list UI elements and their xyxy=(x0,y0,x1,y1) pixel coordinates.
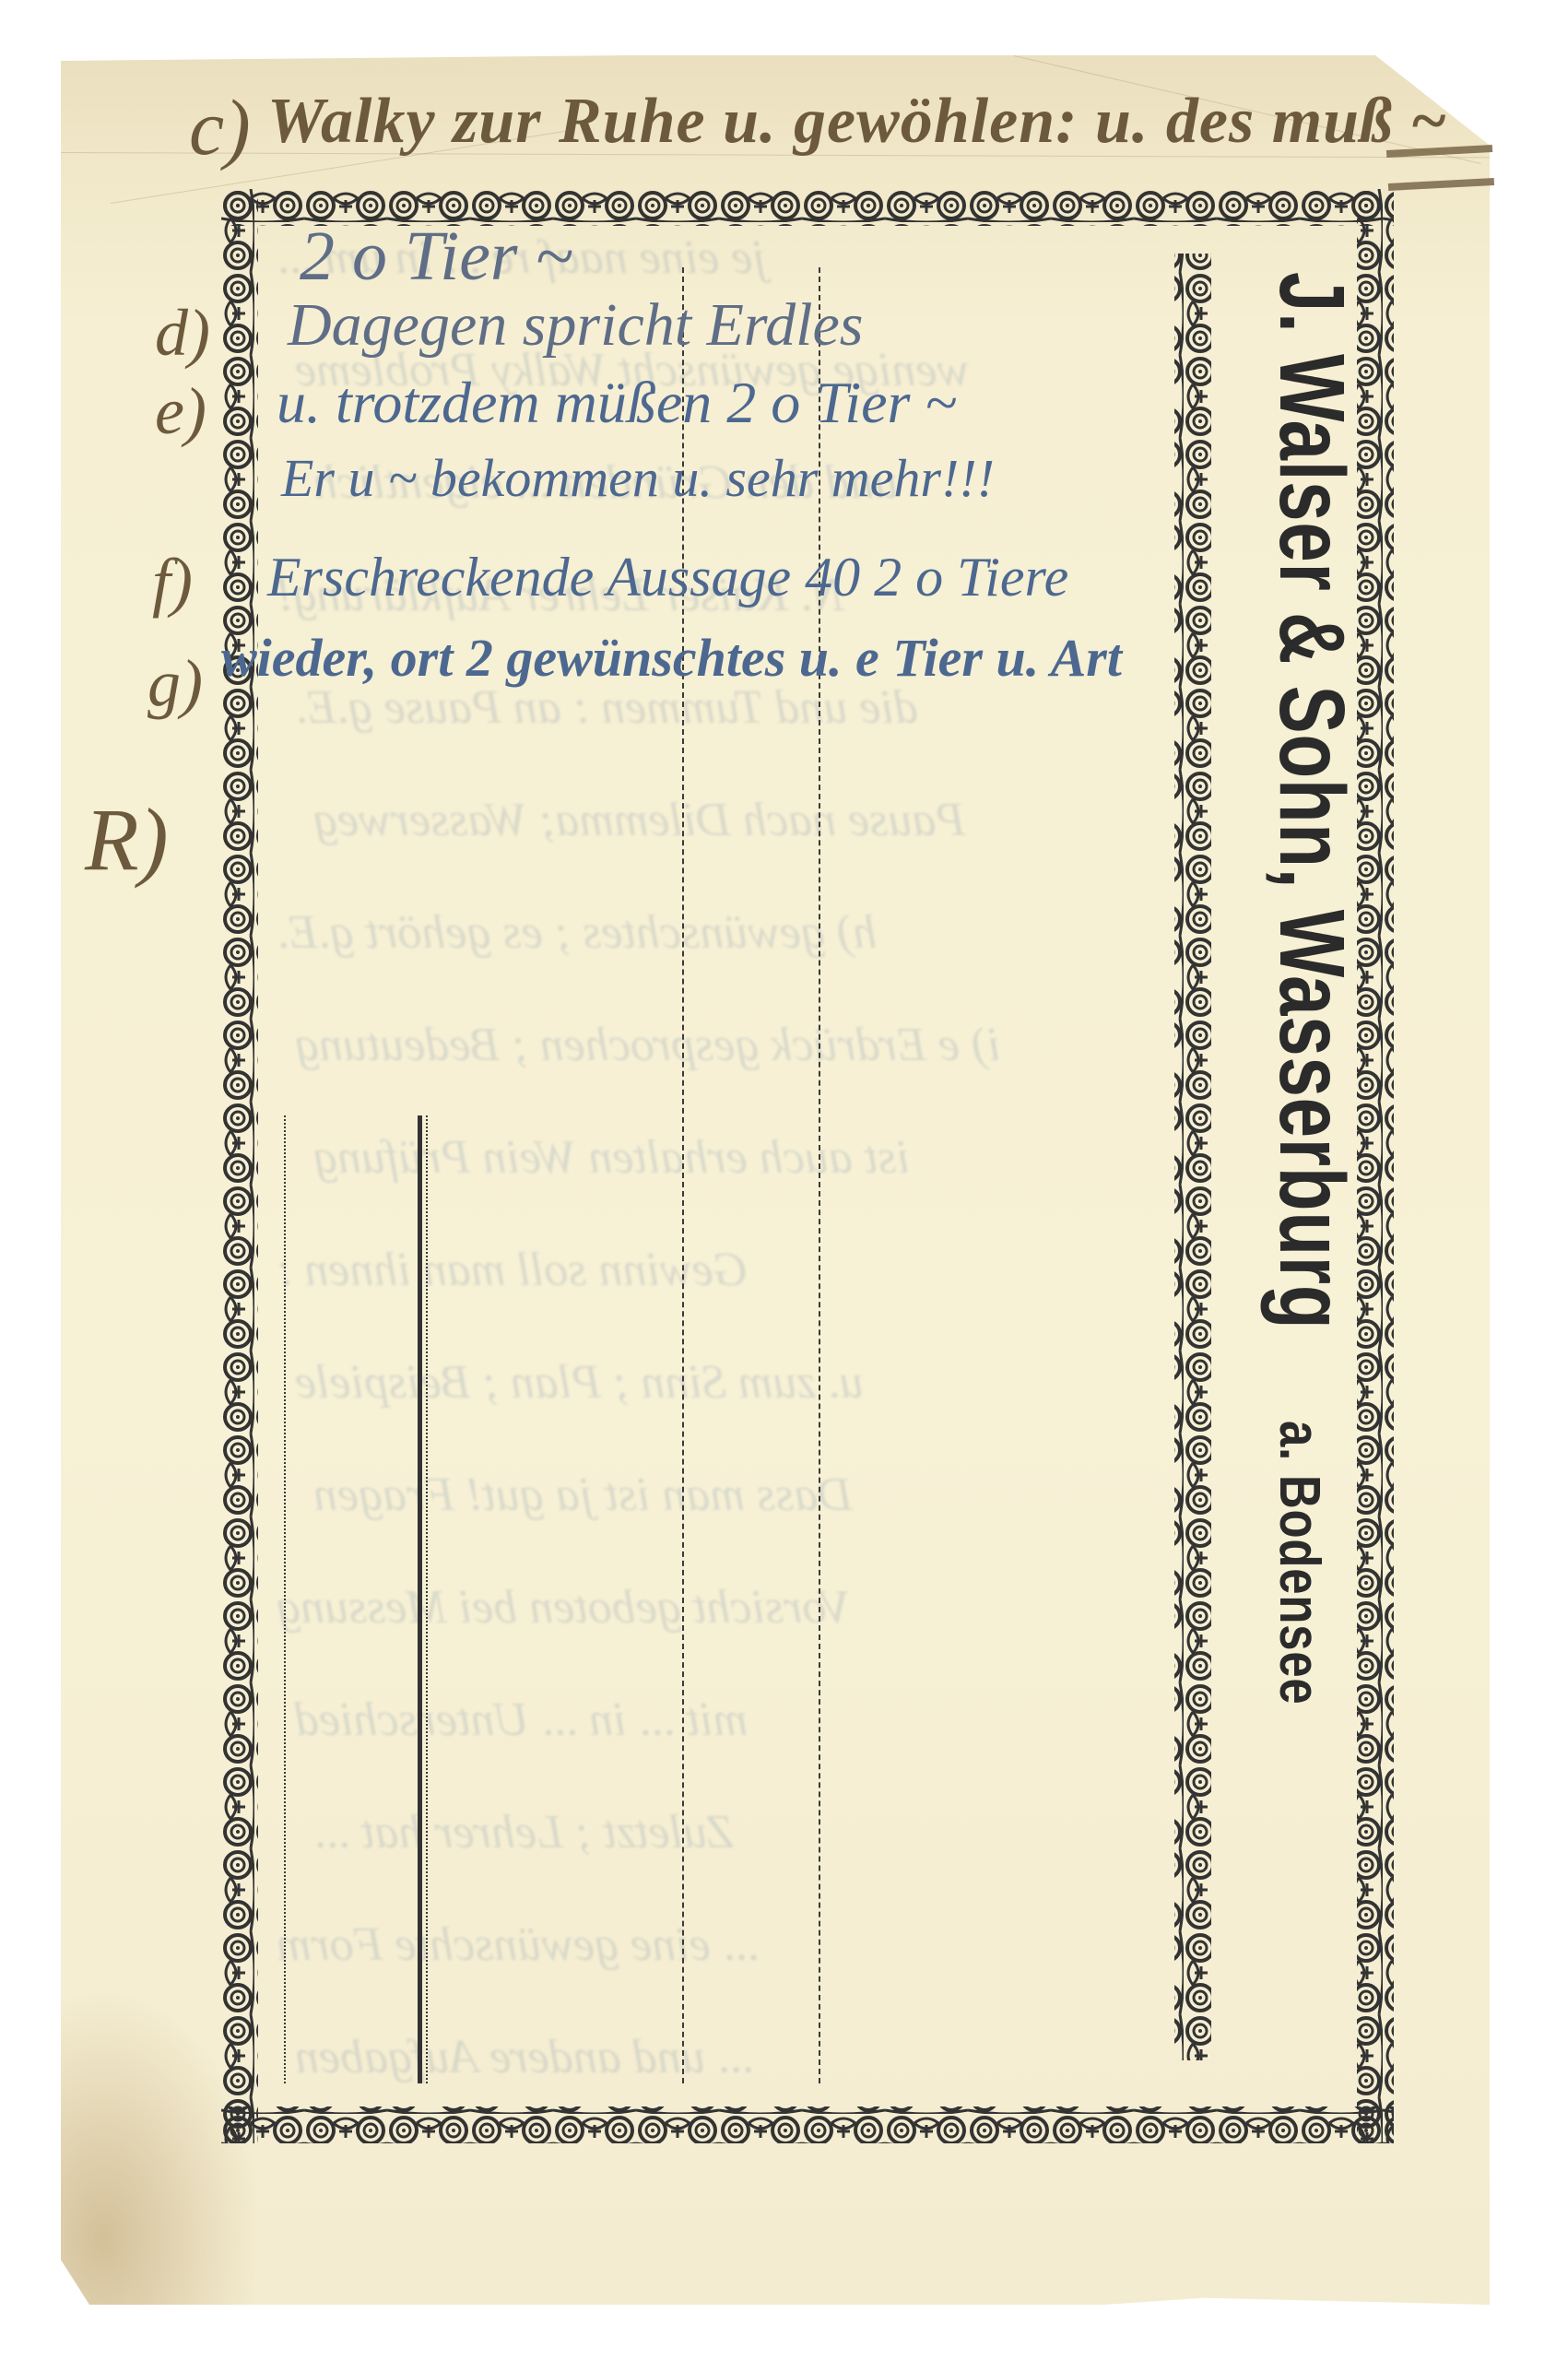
annotation-label-g: g) xyxy=(147,645,203,722)
column-divider-dashed xyxy=(682,267,684,2083)
annotation-line-d: Dagegen spricht Erdles xyxy=(288,290,863,360)
annotation-top-line: Walky zur Ruhe u. gewöhlen: u. des muß ~ xyxy=(267,85,1447,159)
annotation-label-c: c) xyxy=(189,81,251,173)
annotation-label-f: f) xyxy=(152,544,193,620)
annotation-label-e: e) xyxy=(155,373,206,450)
double-underline-mark xyxy=(1386,145,1494,191)
annotation-line-e-continued: Er u ~ bekommen u. sehr mehr!!! xyxy=(281,447,995,509)
annotation-line-g: wieder, ort 2 gewünschtes u. e Tier u. A… xyxy=(221,627,1122,689)
company-name: J. Walser & Sohn, Wasserburg xyxy=(1258,272,1364,1329)
annotation-label-d: d) xyxy=(155,295,210,372)
column-divider-dashed xyxy=(819,267,820,2083)
column-divider-solid xyxy=(418,1115,422,2083)
annotation-line-e: u. trotzdem müßen 2 o Tier ~ xyxy=(277,369,957,437)
company-letterhead: J. Walser & Sohn, Wasserburg a. Bodensee xyxy=(1235,272,1373,2079)
column-divider-dotted xyxy=(284,1115,286,2083)
company-location: a. Bodensee xyxy=(1267,1421,1332,1705)
annotation-line-f: Erschreckende Aussage 40 2 o Tiere xyxy=(267,546,1068,609)
annotation-line-2o-tier: 2 o Tier ~ xyxy=(300,217,573,297)
column-divider-dotted xyxy=(426,1115,428,2083)
annotation-label-r: R) xyxy=(85,788,169,891)
